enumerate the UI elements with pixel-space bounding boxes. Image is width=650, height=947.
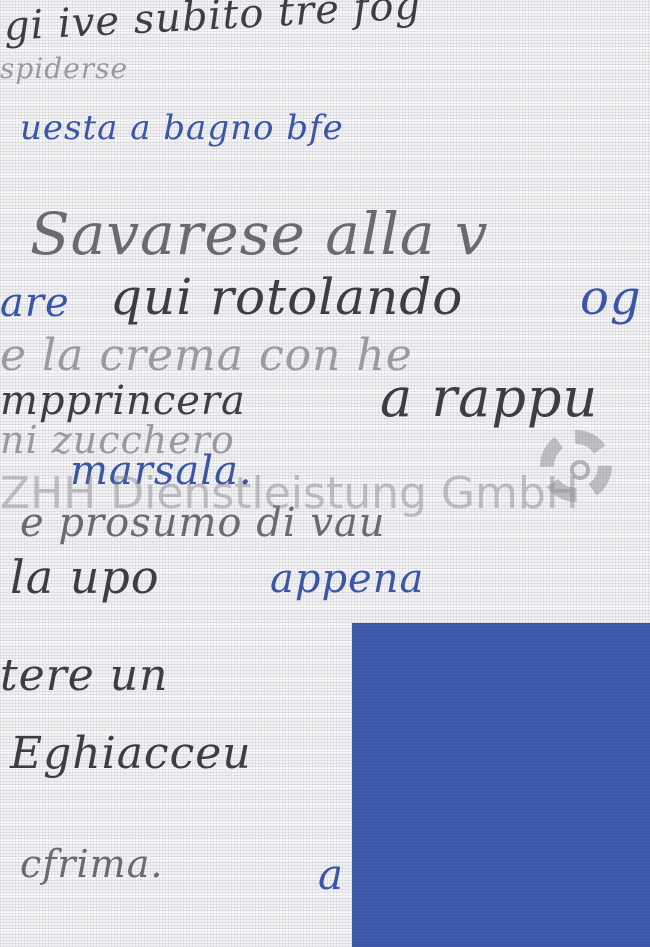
handwriting-line: Eghiacceu xyxy=(10,728,252,779)
handwriting-line: are xyxy=(0,280,70,326)
watermark-logo-icon xyxy=(540,430,612,502)
handwriting-line: la upo xyxy=(10,550,160,604)
handwriting-line: tere un xyxy=(0,650,168,701)
blue-square xyxy=(352,623,650,947)
handwriting-line: a rappu xyxy=(380,366,598,429)
handwriting-line: Savarese alla v xyxy=(30,200,489,268)
handwriting-line: appena xyxy=(270,556,424,602)
watermark-text: ZHH Dienstleistung GmbH xyxy=(0,468,579,519)
handwriting-line: cfrima. xyxy=(20,842,163,886)
handwriting-line: qui rotolando xyxy=(110,268,463,326)
handwriting-line: uesta a bagno bfe xyxy=(20,108,344,148)
handwriting-line: a xyxy=(318,850,344,899)
handwriting-line: og xyxy=(580,270,642,326)
handwriting-line: e la crema con he xyxy=(0,330,413,381)
handwriting-line: spiderse xyxy=(0,52,128,85)
